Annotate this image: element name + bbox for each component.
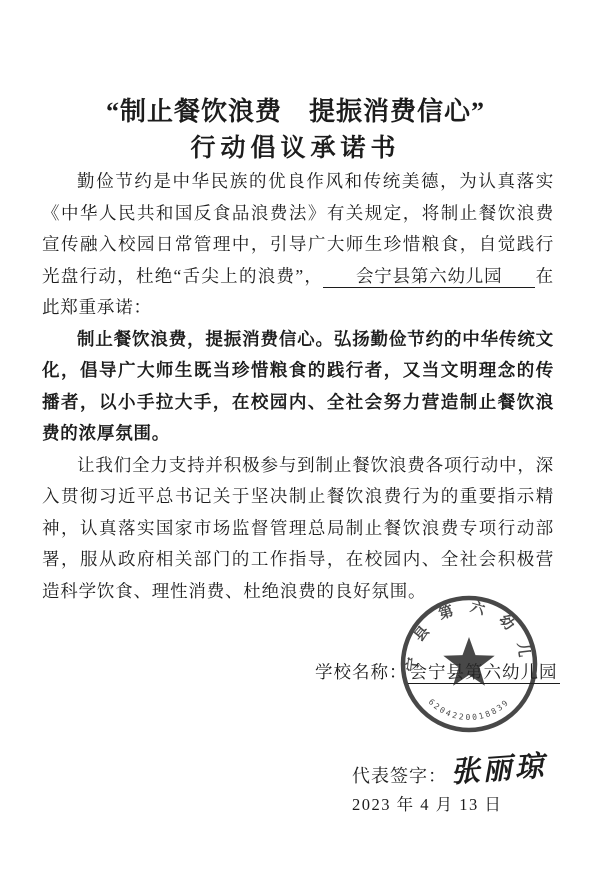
school-name-value: 会宁县第六幼儿园 [408, 661, 560, 684]
date-line: 2023 年 4 月 13 日 [352, 791, 502, 815]
title-line-2: 行动倡议承诺书 [0, 132, 591, 166]
school-name-line: 学校名称：会宁县第六幼儿园 [315, 659, 560, 684]
document-title: “制止餐饮浪费 提振消费信心” 行动倡议承诺书 [0, 0, 591, 166]
school-name-blank: 会宁县第六幼儿园 [323, 265, 535, 288]
signature-label: 代表签字： [352, 766, 447, 786]
paragraph-action: 让我们全力支持并积极参与到制止餐饮浪费各项行动中，深入贯彻习近平总书记关于坚决制… [42, 450, 554, 608]
signature-handwriting: 张丽琼 [449, 743, 548, 791]
document-page: “制止餐饮浪费 提振消费信心” 行动倡议承诺书 勤俭节约是中华民族的优良作风和传… [0, 0, 591, 886]
signature-line: 代表签字：张丽琼 [352, 750, 548, 791]
document-body: 勤俭节约是中华民族的优良作风和传统美德，为认真落实《中华人民共和国反食品浪费法》… [42, 166, 554, 607]
paragraph-intro: 勤俭节约是中华民族的优良作风和传统美德，为认真落实《中华人民共和国反食品浪费法》… [42, 166, 554, 324]
seal-code-text: 6204220018839 [427, 697, 512, 722]
school-name-label: 学校名称： [315, 662, 408, 682]
paragraph-pledge: 制止餐饮浪费，提振消费信心。弘扬勤俭节约的中华传统文化，倡导广大师生既当珍惜粮食… [42, 324, 554, 450]
title-line-1: “制止餐饮浪费 提振消费信心” [0, 95, 591, 129]
